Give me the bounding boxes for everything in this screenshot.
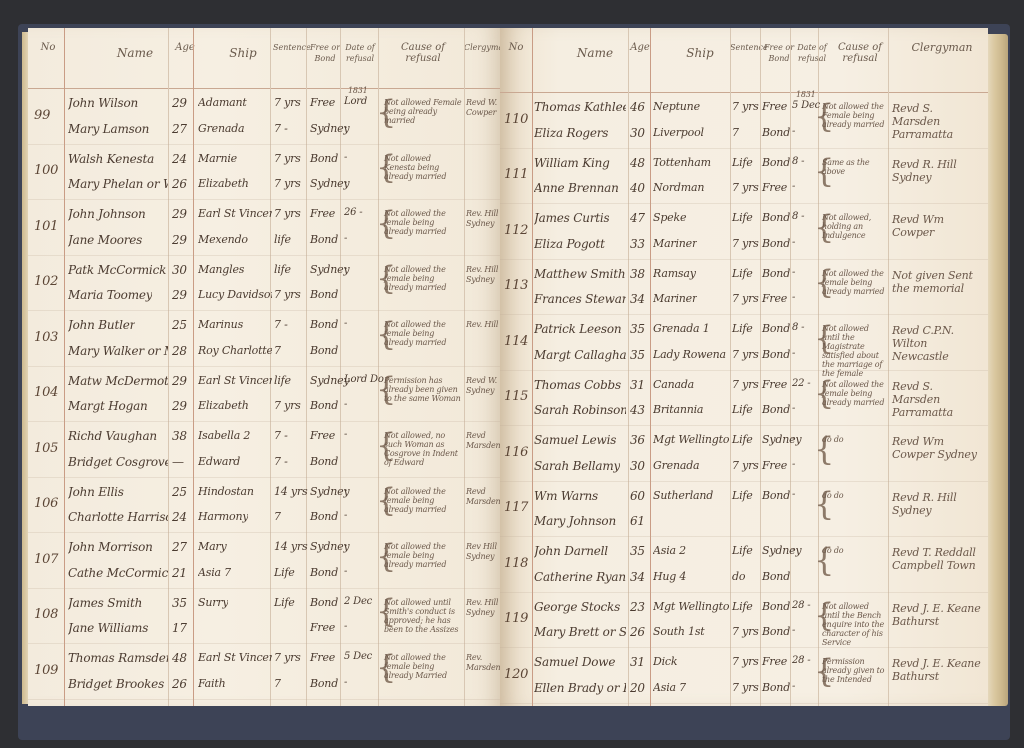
person-ship: Neptune	[653, 100, 700, 113]
person-sentence: do	[732, 570, 745, 583]
person-status: Bond	[762, 237, 790, 250]
refusal-date: -	[792, 625, 795, 636]
row-divider	[500, 536, 988, 537]
person-sentence: 7 -	[274, 455, 288, 468]
refusal-date: 26 -	[344, 207, 362, 218]
refusal-date: -	[344, 621, 347, 632]
refusal-cause: Not allowed the female being already mar…	[384, 320, 462, 347]
person-name: John Johnson	[68, 207, 146, 221]
clergyman: Revd Wm Cowper Sydney	[892, 435, 984, 461]
person-name: Sarah Bellamy	[534, 459, 620, 473]
refusal-cause: Not allowed until the Bench enquire into…	[822, 602, 888, 647]
person-name: Matthew Smith	[534, 267, 625, 281]
entry-number: 118	[504, 556, 528, 571]
person-status: Free	[310, 207, 335, 220]
person-age: 33	[630, 237, 645, 251]
register-entry: 103John Butler25Marinus7 -Bond-Mary Walk…	[28, 312, 500, 368]
refusal-date: Lord	[344, 96, 367, 107]
person-name: James Smith	[68, 596, 142, 610]
register-entry: 109Thomas Ramsden48Earl St Vincent7 yrsF…	[28, 645, 500, 701]
entry-number: 109	[34, 663, 58, 678]
entry-number: 110	[504, 112, 528, 127]
person-ship: Asia 7	[653, 681, 686, 694]
person-status: Free	[310, 621, 335, 634]
refusal-date: -	[344, 233, 347, 244]
clergyman: Not given Sent the memorial	[892, 269, 984, 295]
row-divider	[500, 259, 988, 260]
refusal-cause: Not allowed the female being already mar…	[384, 209, 462, 236]
entry-number: 106	[34, 496, 58, 511]
clergyman: Rev Hill Sydney	[466, 542, 500, 562]
person-status: Bond	[762, 489, 790, 502]
person-age: 38	[172, 429, 187, 443]
person-name: Richd Vaughan	[68, 429, 157, 443]
person-age: 35	[630, 322, 645, 336]
row-divider	[500, 314, 988, 315]
entry-number: 99	[34, 108, 50, 123]
person-age: 30	[172, 263, 187, 277]
person-sentence: 7 yrs	[274, 96, 301, 109]
person-status: Free	[310, 96, 335, 109]
entry-number: 101	[34, 219, 58, 234]
person-name: John Morrison	[68, 540, 153, 554]
header-sentence: Sentence	[273, 42, 307, 53]
row-divider	[28, 199, 500, 200]
left-page: No Name Age Ship Sentence Free or Bond D…	[28, 28, 500, 706]
person-status: Bond	[310, 455, 338, 468]
person-age: 34	[630, 570, 645, 584]
refusal-date: -	[792, 489, 795, 500]
person-sentence: 7 yrs	[732, 100, 759, 113]
person-status: Free	[310, 429, 335, 442]
register-entry: 115Thomas Cobbs31Canada7 yrsFree22 -Sara…	[500, 372, 988, 428]
refusal-date: -	[792, 544, 795, 555]
person-name: James Curtis	[534, 211, 609, 225]
person-age: 21	[172, 566, 187, 580]
refusal-date: -	[792, 237, 795, 248]
person-status: Bond	[762, 600, 790, 613]
person-name: Patrick Leeson	[534, 322, 621, 336]
person-status: Bond	[310, 152, 338, 165]
header-name: Name	[90, 48, 180, 59]
person-sentence: Life	[732, 403, 753, 416]
refusal-cause: Not allowed the female being already mar…	[384, 487, 462, 514]
person-status: Free	[762, 459, 787, 472]
person-ship: Roy Charlotte	[198, 344, 272, 357]
person-name: Bridget Cosgrove	[68, 455, 168, 469]
header-no: No	[506, 42, 526, 53]
refusal-cause: Same as the above	[822, 158, 888, 176]
refusal-date: 8 -	[792, 211, 804, 222]
person-ship: Tottenham	[653, 156, 711, 169]
register-entry: 100Walsh Kenesta24Marnie7 yrsBond-Mary P…	[28, 146, 500, 202]
person-age: 40	[630, 181, 645, 195]
clergyman: Revd Wm Cowper	[892, 213, 984, 239]
person-ship: Isabella 2	[198, 429, 250, 442]
person-age: 36	[630, 433, 645, 447]
person-name: John Darnell	[534, 544, 608, 558]
person-ship: Speke	[653, 211, 686, 224]
row-divider	[500, 592, 988, 593]
person-age: 26	[172, 177, 187, 191]
person-ship: Surry	[198, 596, 228, 609]
year-note: 1831	[348, 86, 368, 95]
person-sentence: 7 yrs	[732, 378, 759, 391]
person-age: 25	[172, 485, 187, 499]
person-name: Maria Toomey	[68, 288, 152, 302]
refusal-date: 2 Dec	[344, 596, 372, 607]
register-entry: 106John Ellis25Hindostan14 yrsSydney-Cha…	[28, 479, 500, 535]
clergyman: Rev. Hill Sydney	[466, 265, 500, 285]
person-name: Eliza Pogott	[534, 237, 605, 251]
person-age: 26	[172, 677, 187, 691]
refusal-date: 28 -	[792, 655, 810, 666]
person-sentence: 7 yrs	[274, 651, 301, 664]
person-status: Bond	[310, 344, 338, 357]
person-ship: Earl St Vincent	[198, 651, 272, 664]
person-name: Mary Walker or McNulty	[68, 344, 168, 358]
clergyman: Revd R. Hill Sydney	[892, 491, 984, 517]
header-sentence: Sentence	[730, 42, 764, 53]
person-status: Bond	[762, 625, 790, 638]
row-divider	[500, 647, 988, 648]
person-status: Bond	[762, 267, 790, 280]
person-status: Bond	[310, 596, 338, 609]
person-name: John Butler	[68, 318, 135, 332]
refusal-cause: Not allowed the female being already Mar…	[384, 653, 462, 680]
header-cause-refusal: Cause of refusal	[383, 42, 463, 64]
refusal-cause: do do	[822, 435, 888, 444]
right-page-edge	[986, 34, 1008, 706]
clergyman: Rev. Hill Sydney	[466, 209, 500, 229]
person-age: 23	[630, 600, 645, 614]
person-name: Catherine Ryan	[534, 570, 626, 584]
person-status: Free	[762, 100, 787, 113]
person-age: 60	[630, 489, 645, 503]
person-ship: Marnie	[198, 152, 237, 165]
header-no: No	[36, 42, 60, 53]
clergyman: Revd Marsden	[466, 487, 500, 507]
person-sentence: 14 yrs	[274, 485, 307, 498]
person-ship: Nordman	[653, 181, 704, 194]
person-sentence: 7	[274, 510, 281, 523]
register-entry: 111William King48TottenhamLifeBond8 -Ann…	[500, 150, 988, 206]
person-age: 46	[630, 100, 645, 114]
refusal-date: -	[792, 403, 795, 414]
refusal-date: -	[344, 566, 347, 577]
person-ship: Mgt Wellington	[653, 433, 730, 446]
row-divider	[28, 643, 500, 644]
entry-number: 107	[34, 552, 58, 567]
register-entry: 118John Darnell35Asia 2LifeSydney-Cather…	[500, 538, 988, 594]
person-age: 29	[172, 288, 187, 302]
person-sentence: 7 yrs	[274, 177, 301, 190]
refusal-cause: Not allowed until the Magistrate satisfi…	[822, 324, 888, 378]
refusal-date: -	[792, 181, 795, 192]
person-name: Margt Callaghan	[534, 348, 626, 362]
person-ship: Britannia	[653, 403, 703, 416]
entry-number: 102	[34, 274, 58, 289]
person-status: Bond	[310, 566, 338, 579]
refusal-date: 22 -	[792, 378, 810, 389]
left-header-row: No Name Age Ship Sentence Free or Bond D…	[28, 28, 500, 89]
refusal-date: -	[792, 292, 795, 303]
person-ship: Lady Rowena	[653, 348, 726, 361]
refusal-date: -	[344, 152, 347, 163]
person-sentence: life	[274, 263, 291, 276]
clergyman: Revd W. Sydney	[466, 376, 500, 396]
person-ship: Earl St Vincent	[198, 207, 272, 220]
person-name: Bridget Brookes	[68, 677, 164, 691]
refusal-cause: Not allowed the female being already mar…	[822, 269, 888, 296]
person-status: Free	[762, 181, 787, 194]
person-name: George Stocks	[534, 600, 620, 614]
person-age: 29	[172, 96, 187, 110]
person-sentence: Life	[732, 433, 753, 446]
person-sentence: 7 yrs	[732, 655, 759, 668]
header-ship: Ship	[203, 48, 283, 59]
entry-number: 114	[504, 334, 528, 349]
person-status: Free	[310, 651, 335, 664]
person-ship: Earl St Vincent	[198, 374, 272, 387]
person-name: Samuel Lewis	[534, 433, 616, 447]
person-sentence: life	[274, 374, 291, 387]
person-name: William King	[534, 156, 610, 170]
person-age: 29	[172, 207, 187, 221]
person-sentence: 7 -	[274, 122, 288, 135]
person-ship: Elizabeth	[198, 177, 249, 190]
person-ship: Harmony	[198, 510, 248, 523]
refusal-cause: Not allowed, no such Woman as Cosgrove i…	[384, 431, 462, 467]
person-status: Bond	[762, 156, 790, 169]
person-status: Bond	[762, 211, 790, 224]
person-name: Wm Warns	[534, 489, 598, 503]
right-page: No Name Age Ship Sentence Free or Bond D…	[500, 28, 988, 706]
person-name: Mary Johnson	[534, 514, 616, 528]
clergyman: Rev. Marsden	[466, 653, 500, 673]
right-header-row: No Name Age Ship Sentence Free or Bond D…	[500, 28, 988, 93]
year-note: 1831	[796, 90, 816, 99]
person-status: Bond	[762, 348, 790, 361]
row-divider	[500, 148, 988, 149]
register-entry: 116Samuel Lewis36Mgt WellingtonLifeSydne…	[500, 427, 988, 483]
refusal-date: -	[344, 510, 347, 521]
person-sentence: Life	[732, 544, 753, 557]
person-sentence: 7 yrs	[274, 288, 301, 301]
person-age: 38	[630, 267, 645, 281]
person-ship: Lucy Davidson	[198, 288, 272, 301]
header-clergyman: Clergyman	[464, 42, 500, 53]
person-ship: Canada	[653, 378, 694, 391]
refusal-cause: Not allowed Kenesta being already marrie…	[384, 154, 462, 181]
header-date-refusal: Date of refusal	[342, 42, 378, 64]
person-name: Anne Brennan	[534, 181, 619, 195]
refusal-cause: do do	[822, 491, 888, 500]
person-age: 29	[172, 399, 187, 413]
refusal-date: -	[792, 126, 795, 137]
refusal-date: 28 -	[792, 600, 810, 611]
person-ship: Sutherland	[653, 489, 713, 502]
person-name: Matw McDermott	[68, 374, 168, 388]
person-status: Bond	[762, 403, 790, 416]
person-ship: Mariner	[653, 292, 697, 305]
row-divider	[28, 255, 500, 256]
entry-number: 111	[504, 167, 528, 182]
register-entry: 107John Morrison27Mary14 yrsSydney-Cathe…	[28, 534, 500, 590]
person-ship: Mexendo	[198, 233, 248, 246]
clergyman: Rev. Hill Sydney	[466, 598, 500, 618]
person-age: 28	[172, 344, 187, 358]
person-sentence: 7 yrs	[274, 152, 301, 165]
person-sentence: Life	[274, 596, 295, 609]
person-sentence: 7 yrs	[732, 625, 759, 638]
person-status: Free	[762, 655, 787, 668]
person-status: Bond	[762, 681, 790, 694]
person-name: Patk McCormick	[68, 263, 166, 277]
person-name: Jane Williams	[68, 621, 148, 635]
refusal-cause: Not allowed the female being already mar…	[384, 265, 462, 292]
person-name: Mary Phelan or Whelan	[68, 177, 168, 191]
register-entry: 108James Smith35SurryLifeBond2 DecJane W…	[28, 590, 500, 646]
refusal-date: -	[792, 681, 795, 692]
person-status: Bond	[310, 677, 338, 690]
person-name: Thomas Cobbs	[534, 378, 621, 392]
person-age: 48	[172, 651, 187, 665]
person-sentence: Life	[732, 489, 753, 502]
header-name: Name	[550, 48, 640, 59]
person-age: 30	[630, 126, 645, 140]
person-ship: Faith	[198, 677, 225, 690]
header-age: Age	[628, 42, 652, 53]
refusal-date: 8 -	[792, 322, 804, 333]
refusal-date: -	[344, 485, 347, 496]
person-name: Mary Brett or Shellbourne	[534, 625, 626, 639]
refusal-cause: Not allowed the female being already mar…	[822, 380, 888, 407]
person-ship: Edward	[198, 455, 240, 468]
person-age: 35	[630, 544, 645, 558]
person-ship: Grenada 1	[653, 322, 710, 335]
person-ship: Grenada	[198, 122, 244, 135]
row-divider	[28, 699, 500, 700]
person-age: 24	[172, 510, 187, 524]
clergyman: Revd W. Cowper	[466, 98, 500, 118]
person-status: Bond	[310, 288, 338, 301]
person-name: Samuel Dowe	[534, 655, 615, 669]
refusal-date: -	[344, 122, 347, 133]
person-status: Bond	[762, 570, 790, 583]
clergyman: Revd Marsden	[466, 431, 500, 451]
person-status: Bond	[762, 322, 790, 335]
row-divider	[28, 588, 500, 589]
refusal-date: 8 -	[792, 156, 804, 167]
person-age: 25	[172, 318, 187, 332]
refusal-cause: Not allowed Female being already married	[384, 98, 462, 125]
person-ship: Mariner	[653, 237, 697, 250]
person-name: Jane Moores	[68, 233, 142, 247]
person-ship: Grenada	[653, 459, 699, 472]
person-sentence: 7 yrs	[732, 681, 759, 694]
clergyman: Revd S. Marsden Parramatta	[892, 380, 984, 419]
refusal-date: -	[344, 540, 347, 551]
person-status: Bond	[310, 318, 338, 331]
person-age: 27	[172, 122, 187, 136]
register-entry: 112James Curtis47SpekeLifeBond8 -Eliza P…	[500, 205, 988, 261]
person-ship: Marinus	[198, 318, 243, 331]
refusal-cause: Not allowed, holding an Indulgence	[822, 213, 888, 240]
register-entry: 101John Johnson29Earl St Vincent7 yrsFre…	[28, 201, 500, 257]
header-clergyman: Clergyman	[900, 42, 984, 53]
person-name: Thomas Kathleen	[534, 100, 626, 114]
person-sentence: 7 -	[274, 318, 288, 331]
person-sentence: 7 -	[274, 429, 288, 442]
person-status: Free	[762, 292, 787, 305]
entry-number: 120	[504, 667, 528, 682]
clergyman: Revd C.P.N. Wilton Newcastle	[892, 324, 984, 363]
person-age: 29	[172, 374, 187, 388]
person-name: John Wilson	[68, 96, 138, 110]
row-divider	[28, 477, 500, 478]
entry-number: 100	[34, 163, 58, 178]
person-name: Mary Lamson	[68, 122, 149, 136]
register-entry: 117Wm Warns60SutherlandLifeBond-Mary Joh…	[500, 483, 988, 539]
person-sentence: Life	[732, 322, 753, 335]
person-sentence: 14 yrs	[274, 540, 307, 553]
register-entry: 1101831Thomas Kathleen46Neptune7 yrsFree…	[500, 94, 988, 150]
header-free-bond: Free or Bond	[308, 42, 342, 64]
person-age: 29	[172, 233, 187, 247]
refusal-date: -	[344, 263, 347, 274]
person-age: 34	[630, 292, 645, 306]
person-age: 35	[172, 596, 187, 610]
entry-number: 113	[504, 278, 528, 293]
refusal-date: 5 Dec	[344, 651, 372, 662]
clergyman: Revd J. E. Keane Bathurst	[892, 657, 984, 683]
register-entry: 102Patk McCormick30MangleslifeSydney-Mar…	[28, 257, 500, 313]
person-ship: Hindostan	[198, 485, 254, 498]
person-sentence: Life	[732, 267, 753, 280]
person-status: Bond	[310, 233, 338, 246]
person-sentence: life	[274, 233, 291, 246]
refusal-date: -	[344, 399, 347, 410]
person-sentence: 7 yrs	[732, 348, 759, 361]
person-name: Frances Stewart	[534, 292, 626, 306]
entry-number: 108	[34, 607, 58, 622]
refusal-date: -	[792, 433, 795, 444]
row-divider	[500, 481, 988, 482]
row-divider	[28, 310, 500, 311]
person-age: 30	[630, 459, 645, 473]
refusal-date: -	[344, 429, 347, 440]
person-sentence: Life	[274, 566, 295, 579]
entry-number: 117	[504, 500, 528, 515]
refusal-date: -	[792, 348, 795, 359]
refusal-date: -	[344, 318, 347, 329]
person-name: Sarah Robinson	[534, 403, 626, 417]
entry-number: 119	[504, 611, 528, 626]
person-ship: Adamant	[198, 96, 247, 109]
person-ship: Liverpool	[653, 126, 704, 139]
person-status: Bond	[310, 510, 338, 523]
person-age: 43	[630, 403, 645, 417]
register-entry: 119George Stocks23Mgt WellingtonLifeBond…	[500, 594, 988, 650]
refusal-cause: do do	[822, 546, 888, 555]
person-name: John Ellis	[68, 485, 124, 499]
person-age: 17	[172, 621, 187, 635]
person-sentence: 7	[274, 344, 281, 357]
entry-number: 116	[504, 445, 528, 460]
person-name: Eliza Rogers	[534, 126, 608, 140]
person-name: Ellen Brady or Riddell	[534, 681, 626, 695]
